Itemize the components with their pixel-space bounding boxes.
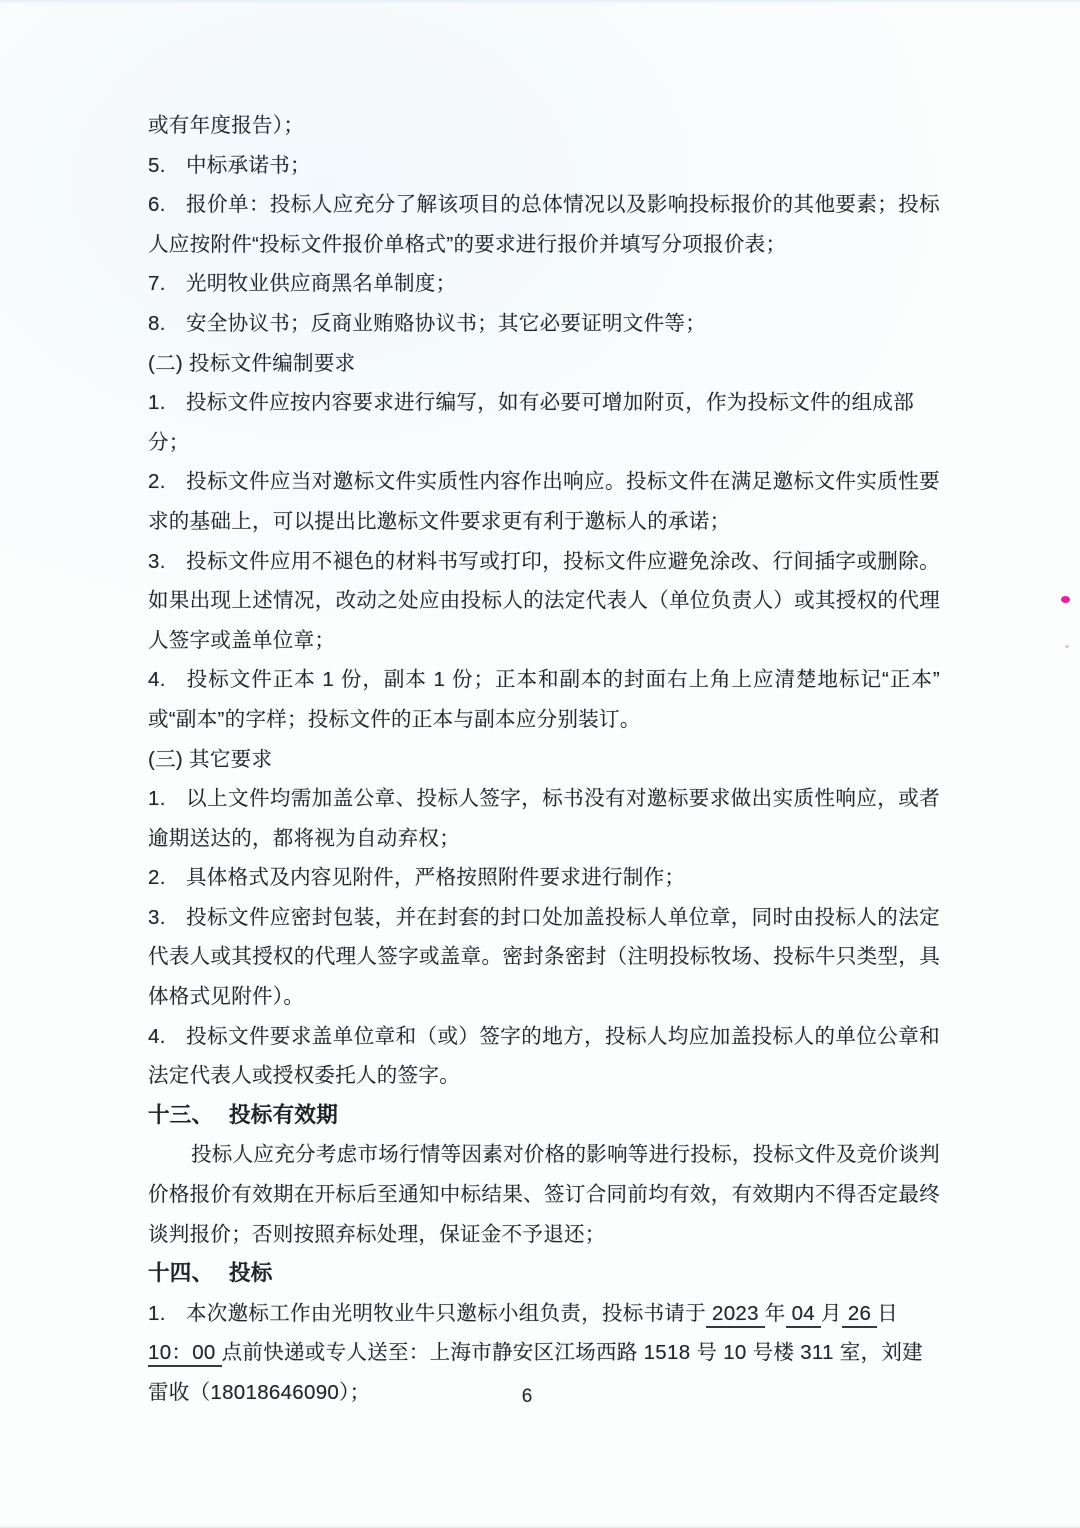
text-line: 价格报价有效期在开标后至通知中标结果、签订合同前均有效，有效期内不得否定最终 <box>148 1175 940 1215</box>
text-line: 体格式见附件）。 <box>148 977 940 1017</box>
text-line: 4.投标文件要求盖单位章和（或）签字的地方，投标人均应加盖投标人的单位公章和 <box>148 1017 940 1057</box>
text-line: 人签字或盖单位章； <box>148 621 940 661</box>
text-line: 如果出现上述情况，改动之处应由投标人的法定代表人（单位负责人）或其授权的代理 <box>148 581 940 621</box>
text-line: 法定代表人或授权委托人的签字。 <box>148 1056 940 1096</box>
text-line: 1.投标文件应按内容要求进行编写，如有必要可增加附页，作为投标文件的组成部分； <box>148 383 940 462</box>
text-line: (三) 其它要求 <box>148 740 940 780</box>
page-number: 6 <box>0 1386 1054 1408</box>
text-line: 2.具体格式及内容见附件，严格按照附件要求进行制作； <box>148 858 940 898</box>
text-line: 人应按附件“投标文件报价单格式”的要求进行报价并填写分项报价表； <box>148 225 940 265</box>
text-line: 或“副本”的字样；投标文件的正本与副本应分别装订。 <box>148 700 940 740</box>
text-line: 3.投标文件应密封包装，并在封套的封口处加盖投标人单位章，同时由投标人的法定 <box>148 898 940 938</box>
text-line: 1.以上文件均需加盖公章、投标人签字，标书没有对邀标要求做出实质性响应，或者 <box>148 779 940 819</box>
scanned-document-page: 或有年度报告）；5.中标承诺书；6.报价单：投标人应充分了解该项目的总体情况以及… <box>0 0 1080 1528</box>
text-line: 6.报价单：投标人应充分了解该项目的总体情况以及影响投标报价的其他要素；投标 <box>148 185 940 225</box>
text-line: 逾期送达的，都将视为自动弃权； <box>148 819 940 859</box>
text-line: 谈判报价；否则按照弃标处理，保证金不予退还； <box>148 1215 940 1255</box>
magenta-highlight-dot <box>1061 596 1070 603</box>
text-line: 十三、投标有效期 <box>148 1096 940 1136</box>
text-line: 或有年度报告）； <box>148 106 940 146</box>
text-line: 十四、投标 <box>148 1254 940 1294</box>
text-line: 3.投标文件应用不褪色的材料书写或打印，投标文件应避免涂改、行间插字或删除。 <box>148 542 940 582</box>
text-line: 2.投标文件应当对邀标文件实质性内容作出响应。投标文件在满足邀标文件实质性要 <box>148 462 940 502</box>
document-body: 或有年度报告）；5.中标承诺书；6.报价单：投标人应充分了解该项目的总体情况以及… <box>148 106 940 1413</box>
text-line: 5.中标承诺书； <box>148 146 940 186</box>
text-line: 代表人或其授权的代理人签字或盖章。密封条密封（注明投标牧场、投标牛只类型，具 <box>148 937 940 977</box>
text-line: 10：00 点前快递或专人送至：上海市静安区江场西路 1518 号 10 号楼 … <box>148 1333 940 1373</box>
text-line: 7.光明牧业供应商黑名单制度； <box>148 264 940 304</box>
text-line: 4.投标文件正本 1 份，副本 1 份；正本和副本的封面右上角上应清楚地标记“正… <box>148 660 940 700</box>
text-line: (二) 投标文件编制要求 <box>148 344 940 384</box>
text-line: 投标人应充分考虑市场行情等因素对价格的影响等进行投标，投标文件及竞价谈判 <box>148 1135 940 1175</box>
text-line: 1.本次邀标工作由光明牧业牛只邀标小组负责，投标书请于 2023 年 04 月 … <box>148 1294 940 1334</box>
magenta-highlight-dot-faint <box>1065 645 1069 648</box>
text-line: 8.安全协议书；反商业贿赂协议书；其它必要证明文件等； <box>148 304 940 344</box>
text-line: 求的基础上，可以提出比邀标文件要求更有利于邀标人的承诺； <box>148 502 940 542</box>
